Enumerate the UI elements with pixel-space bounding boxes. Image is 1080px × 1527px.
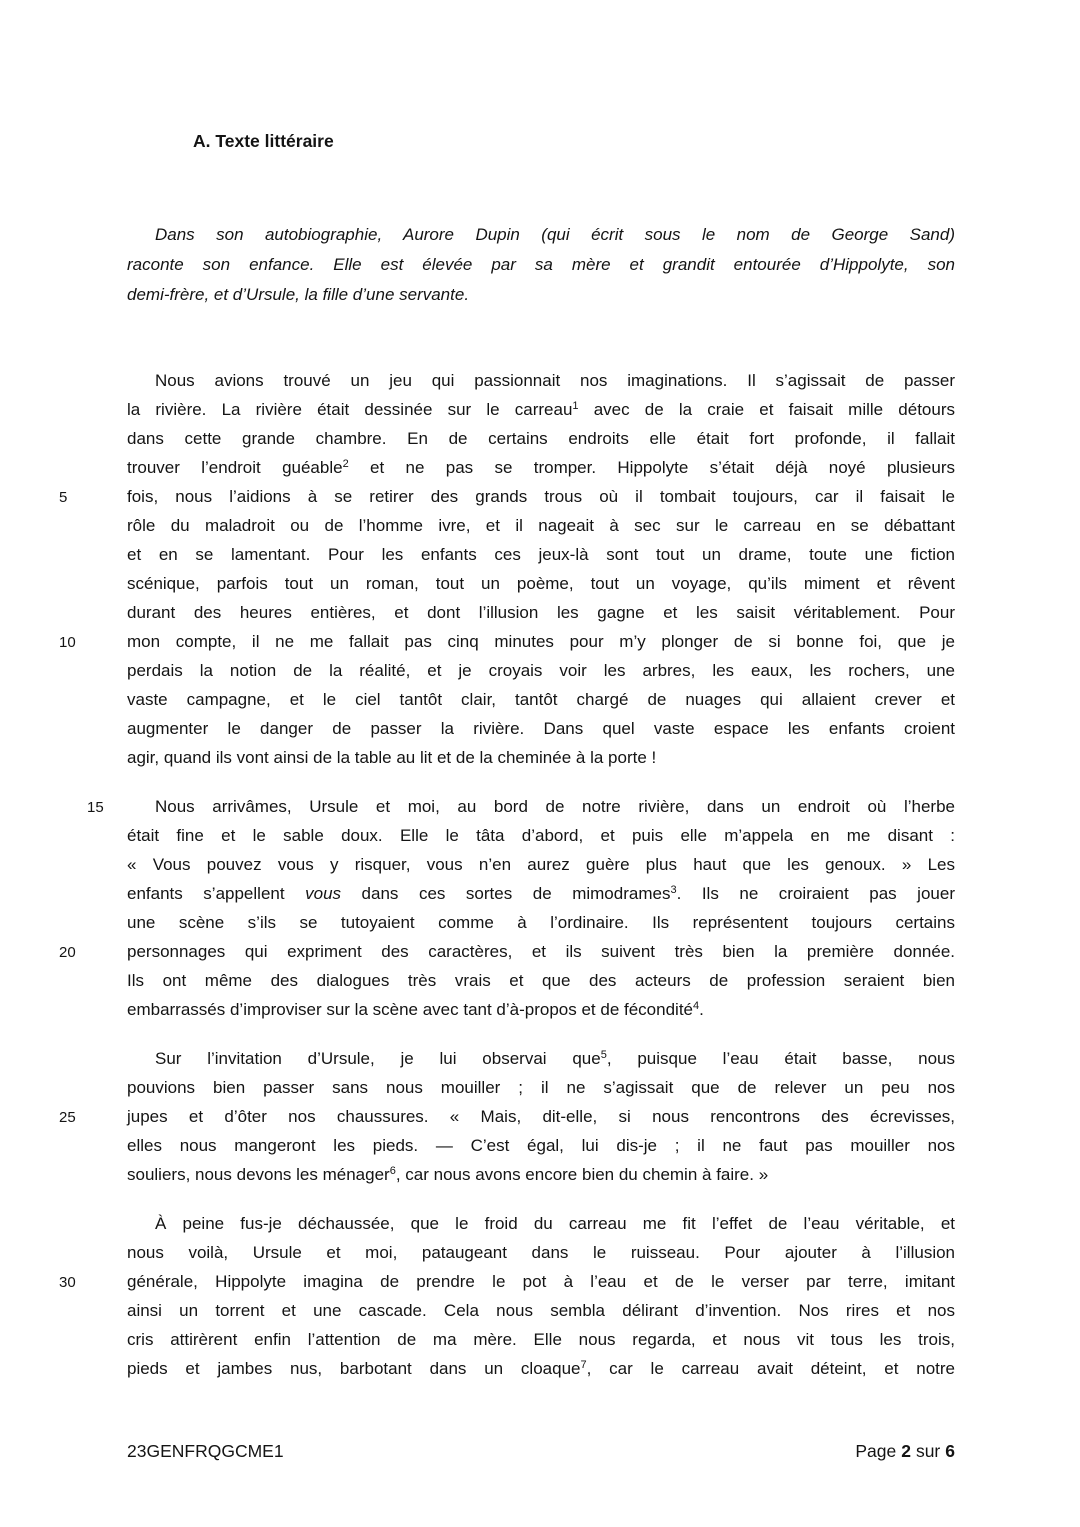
text-line: rôle du maladroit ou de l’homme ivre, et…	[127, 511, 955, 540]
text-line: raconte son enfance. Elle est élevée par…	[127, 250, 955, 280]
paragraph: Nous avions trouvé un jeu qui passionnai…	[127, 366, 955, 772]
text-line: augmenter le danger de passer la rivière…	[127, 714, 955, 743]
line-number: 25	[59, 1103, 103, 1132]
page-number: 2	[901, 1441, 911, 1462]
text-line: Ils ont même des dialogues très vrais et…	[127, 966, 955, 995]
line-number: 10	[59, 628, 103, 657]
footnote-ref: 2	[343, 458, 349, 470]
footnote-ref: 7	[580, 1359, 586, 1371]
text-line: durant des heures entières, et dont l’il…	[127, 598, 955, 627]
text-line: « Vous pouvez vous y risquer, vous n’en …	[127, 850, 955, 879]
text-line: 10mon compte, il ne me fallait pas cinq …	[127, 627, 955, 656]
footnote-ref: 5	[601, 1049, 607, 1061]
text-line: trouver l’endroit guéable2 et ne pas se …	[127, 453, 955, 482]
text-line: souliers, nous devons les ménager6, car …	[127, 1160, 955, 1189]
text-line: Dans son autobiographie, Aurore Dupin (q…	[127, 220, 955, 250]
text-line: demi-frère, et d’Ursule, la fille d’une …	[127, 280, 955, 310]
text-line: 20personnages qui expriment des caractèr…	[127, 937, 955, 966]
text-line: embarrassés d’improviser sur la scène av…	[127, 995, 955, 1024]
line-number: 5	[59, 483, 103, 512]
text-line: Nous avions trouvé un jeu qui passionnai…	[127, 366, 955, 395]
text-line: pieds et jambes nus, barbotant dans un c…	[127, 1354, 955, 1383]
intro-paragraph: Dans son autobiographie, Aurore Dupin (q…	[127, 220, 955, 310]
text-line: enfants s’appellent vous dans ces sortes…	[127, 879, 955, 908]
document-code: 23GENFRQGCME1	[127, 1441, 284, 1462]
text-line: était fine et le sable doux. Elle le tât…	[127, 821, 955, 850]
text-line: elles nous mangeront les pieds. — C’est …	[127, 1131, 955, 1160]
text-line: ainsi un torrent et une cascade. Cela no…	[127, 1296, 955, 1325]
of-word: sur	[916, 1441, 940, 1462]
page-word: Page	[855, 1441, 896, 1462]
text-line: une scène s’ils se tutoyaient comme à l’…	[127, 908, 955, 937]
text-line: nous voilà, Ursule et moi, pataugeant da…	[127, 1238, 955, 1267]
text-body: Nous avions trouvé un jeu qui passionnai…	[127, 366, 955, 1383]
emphasized-word: vous	[305, 884, 341, 903]
line-number: 20	[59, 938, 103, 967]
line-number: 15	[59, 793, 103, 822]
text-line: la rivière. La rivière était dessinée su…	[127, 395, 955, 424]
text-line: perdais la notion de la réalité, et je c…	[127, 656, 955, 685]
footnote-ref: 4	[693, 1000, 699, 1012]
section-title: A. Texte littéraire	[193, 129, 334, 153]
text-line: 5fois, nous l’aidions à se retirer des g…	[127, 482, 955, 511]
text-line: 25jupes et d’ôter nos chaussures. « Mais…	[127, 1102, 955, 1131]
text-line: Sur l’invitation d’Ursule, je lui observ…	[127, 1044, 955, 1073]
paragraph: 15Nous arrivâmes, Ursule et moi, au bord…	[127, 792, 955, 1024]
page-footer: 23GENFRQGCME1 Page 2 sur 6	[127, 1441, 955, 1462]
text-line: agir, quand ils vont ainsi de la table a…	[127, 743, 955, 772]
text-line: 15Nous arrivâmes, Ursule et moi, au bord…	[127, 792, 955, 821]
text-line: pouvions bien passer sans nous mouiller …	[127, 1073, 955, 1102]
page-indicator: Page 2 sur 6	[855, 1441, 955, 1462]
footnote-ref: 3	[670, 884, 676, 896]
page-total: 6	[945, 1441, 955, 1462]
text-line: À peine fus-je déchaussée, que le froid …	[127, 1209, 955, 1238]
footnote-ref: 6	[390, 1165, 396, 1177]
text-line: et en se lamentant. Pour les enfants ces…	[127, 540, 955, 569]
paragraph: Sur l’invitation d’Ursule, je lui observ…	[127, 1044, 955, 1189]
text-line: scénique, parfois tout un roman, tout un…	[127, 569, 955, 598]
document-page: A. Texte littéraire Dans son autobiograp…	[0, 0, 1080, 1527]
text-line: cris attirèrent enfin l’attention de ma …	[127, 1325, 955, 1354]
footnote-ref: 1	[572, 400, 578, 412]
text-line: vaste campagne, et le ciel tantôt clair,…	[127, 685, 955, 714]
text-line: dans cette grande chambre. En de certain…	[127, 424, 955, 453]
line-number: 30	[59, 1268, 103, 1297]
text-line: 30générale, Hippolyte imagina de prendre…	[127, 1267, 955, 1296]
paragraph: À peine fus-je déchaussée, que le froid …	[127, 1209, 955, 1383]
